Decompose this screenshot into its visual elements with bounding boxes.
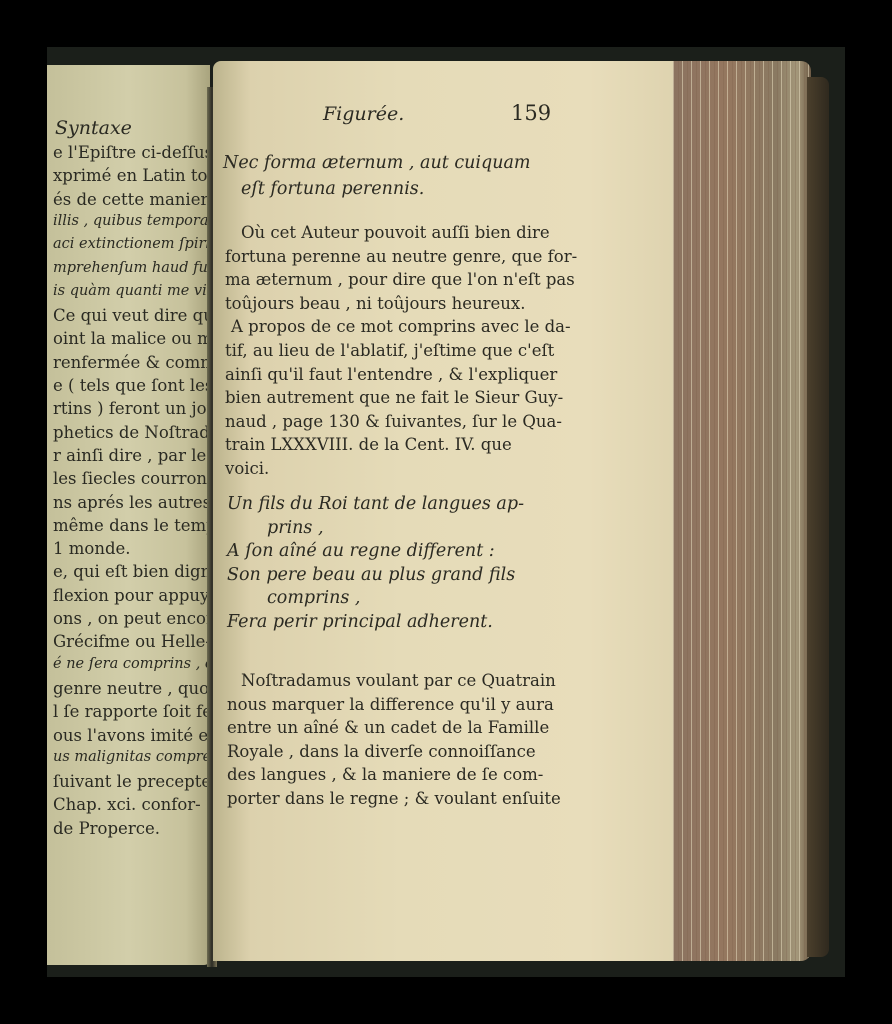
quatrain-line: prins , — [267, 518, 324, 538]
paragraph2-line: Noſtradamus voulant par ce Quatrain — [241, 671, 556, 690]
paragraph1-line: tif, au lieu de l'ablatif, j'eſtime que … — [225, 341, 554, 360]
text-line: flexion pour appuyer — [53, 586, 210, 605]
page-number: 159 — [511, 101, 551, 125]
left-page: Syntaxe e l'Epiſtre ci-deſſus,xprimé en … — [47, 65, 210, 965]
paragraph1-line: voici. — [225, 459, 269, 478]
paragraph2-line: porter dans le regne ; & voulant enſuite — [227, 789, 561, 808]
quatrain-line: A ſon aîné au regne different : — [227, 541, 495, 561]
text-line: aci extinctionem ſpiritus — [53, 236, 210, 252]
text-line: ons , on peut encore — [53, 609, 210, 628]
verse-top-line: Nec forma æternum , aut cuiquam — [223, 153, 531, 173]
paragraph1-line: Où cet Auteur pouvoit auſſi bien dire — [241, 223, 550, 242]
text-line: Grécifme ou Helle- — [53, 632, 210, 651]
text-line: is quàm quanti me vi- — [53, 283, 210, 299]
paragraph1-line: toûjours beau , ni toûjours heureux. — [225, 294, 525, 313]
running-header-left: Syntaxe — [55, 117, 132, 139]
text-line: e, qui eſt bien digne — [53, 562, 210, 581]
text-line: genre neutre , quoi — [53, 679, 210, 698]
text-line: xprimé en Latin tout — [53, 166, 210, 185]
text-line: de Properce. — [53, 819, 160, 838]
running-header-right: Figurée. — [323, 103, 404, 125]
paragraph2-line: entre un aîné & un cadet de la Famille — [227, 718, 549, 737]
text-line: ns aprés les autres, — [53, 493, 210, 512]
paragraph1-line: fortuna perenne au neutre genre, que for… — [225, 247, 577, 266]
quatrain-line: comprins , — [267, 588, 360, 608]
text-line: même dans le temps — [53, 516, 210, 535]
text-line: renfermée & comme — [53, 353, 210, 372]
text-line: mprehenſum haud fue- — [53, 260, 210, 276]
book-photo: Syntaxe e l'Epiſtre ci-deſſus,xprimé en … — [47, 47, 845, 977]
right-page: Figurée. 159 Nec forma æternum , aut cui… — [213, 61, 683, 961]
text-line: Ce qui veut dire que — [53, 306, 210, 325]
paragraph1-line: train LXXXVIII. de la Cent. IV. que — [225, 435, 512, 454]
text-line: é ne ſera comprins , où — [53, 656, 210, 672]
text-line: les ſiecles courront — [53, 469, 210, 488]
text-line: phetics de Noſtrada- — [53, 423, 210, 442]
text-line: és de cette maniere; — [53, 190, 210, 209]
paragraph2-line: des langues , & la maniere de ſe com- — [227, 765, 543, 784]
text-line: r ainſi dire , par le — [53, 446, 206, 465]
text-line: e ( tels que ſont les he- — [53, 376, 210, 395]
text-line: ſuivant le precepte — [53, 772, 210, 791]
verse-top-line: eſt fortuna perennis. — [241, 179, 424, 199]
paragraph1-line: naud , page 130 & ſuivantes, ſur le Qua- — [225, 412, 562, 431]
text-line: Chap. xci. confor- — [53, 795, 201, 814]
page-edges — [673, 61, 811, 961]
paragraph1-line: ainſi qu'il faut l'entendre , & l'expliq… — [225, 365, 557, 384]
quatrain-line: Fera perir principal adherent. — [227, 612, 493, 632]
text-line: rtins ) feront un jour — [53, 399, 210, 418]
paragraph1-line: bien autrement que ne fait le Sieur Guy- — [225, 388, 563, 407]
text-line: 1 monde. — [53, 539, 131, 558]
text-line: oint la malice ou mé- — [53, 329, 210, 348]
paragraph2-line: Royale , dans la diverſe connoiſſance — [227, 742, 536, 761]
paragraph1-line: ma æternum , pour dire que l'on n'eſt pa… — [225, 270, 575, 289]
text-line: illis , quibus tempora — [53, 213, 209, 229]
text-line: us malignitas compre- — [53, 749, 210, 765]
paragraph1-line: A propos de ce mot comprins avec le da- — [231, 317, 571, 336]
text-line: ous l'avons imité en — [53, 726, 210, 745]
text-line: e l'Epiſtre ci-deſſus, — [53, 143, 210, 162]
quatrain-line: Un fils du Roi tant de langues ap- — [227, 494, 524, 514]
paragraph2-line: nous marquer la difference qu'il y aura — [227, 695, 554, 714]
quatrain-line: Son pere beau au plus grand fils — [227, 565, 515, 585]
text-line: l ſe rapporte ſoit fe- — [53, 702, 210, 721]
book-cover-edge — [807, 77, 829, 957]
